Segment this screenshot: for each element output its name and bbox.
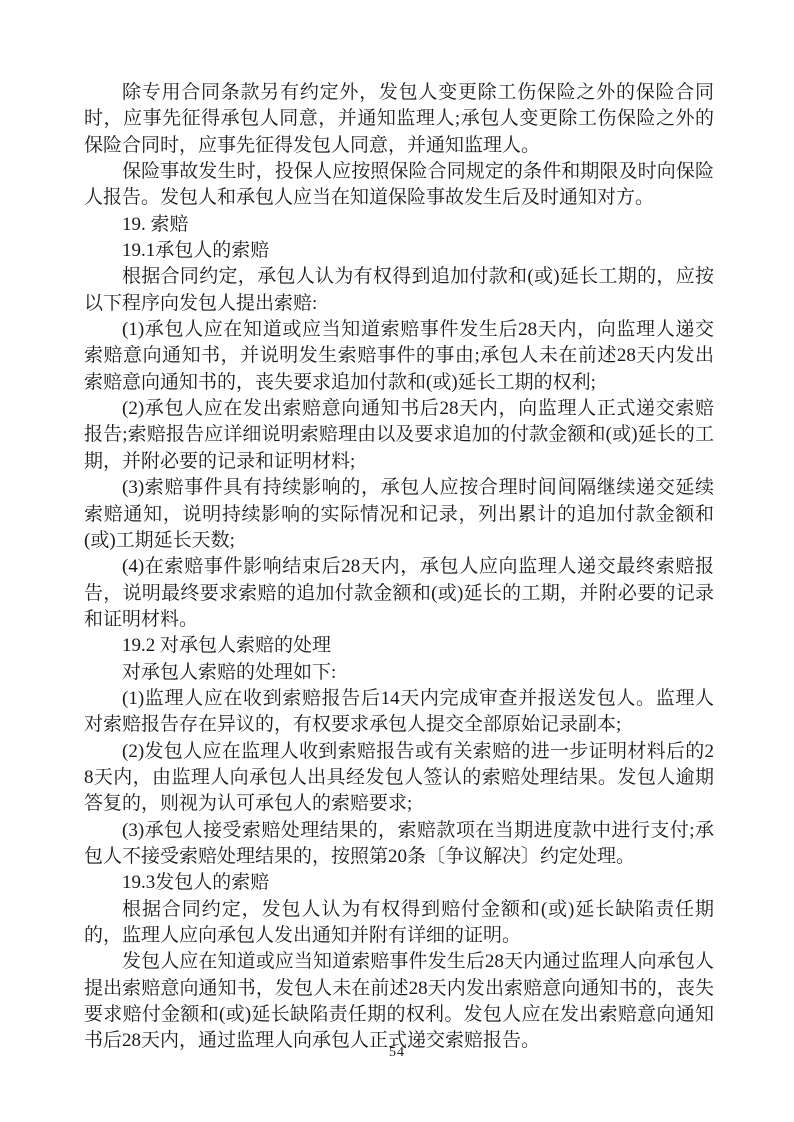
paragraph-19-2-intro: 对承包人索赔的处理如下: [84, 660, 714, 686]
paragraph-19-1-item-2: (2)承包人应在发出索赔意向通知书后28天内，向监理人正式递交索赔报告;索赔报告… [84, 396, 714, 475]
clause-heading-19-3: 19.3发包人的索赔 [84, 870, 714, 896]
page-number: 54 [389, 1045, 405, 1060]
document-page: 除专用合同条款另有约定外，发包人变更除工伤保险之外的保险合同时，应事先征得承包人… [0, 0, 794, 1122]
paragraph-19-1-intro: 根据合同约定，承包人认为有权得到追加付款和(或)延长工期的，应按以下程序向发包人… [84, 264, 714, 317]
clause-heading-19-1: 19.1承包人的索赔 [84, 238, 714, 264]
paragraph-19-3-intro: 根据合同约定，发包人认为有权得到赔付金额和(或)延长缺陷责任期的，监理人应向承包… [84, 897, 714, 950]
paragraph-19-3-procedure: 发包人应在知道或应当知道索赔事件发生后28天内通过监理人向承包人提出索赔意向通知… [84, 949, 714, 1054]
paragraph-19-1-item-4: (4)在索赔事件影响结束后28天内，承包人应向监理人递交最终索赔报告，说明最终要… [84, 554, 714, 633]
clause-heading-19: 19. 索赔 [84, 212, 714, 238]
paragraph-19-2-item-1: (1)监理人应在收到索赔报告后14天内完成审查并报送发包人。监理人对索赔报告存在… [84, 686, 714, 739]
document-body: 除专用合同条款另有约定外，发包人变更除工伤保险之外的保险合同时，应事先征得承包人… [84, 80, 714, 1055]
clause-heading-19-2: 19.2 对承包人索赔的处理 [84, 633, 714, 659]
paragraph-19-2-item-3: (3)承包人接受索赔处理结果的，索赔款项在当期进度款中进行支付;承包人不接受索赔… [84, 818, 714, 871]
paragraph-19-2-item-2: (2)发包人应在监理人收到索赔报告或有关索赔的进一步证明材料后的28天内，由监理… [84, 739, 714, 818]
page-footer: 54 [0, 1043, 794, 1061]
paragraph-19-1-item-3: (3)索赔事件具有持续影响的，承包人应按合理时间间隔继续递交延续索赔通知，说明持… [84, 475, 714, 554]
paragraph-insurance-event: 保险事故发生时，投保人应按照保险合同规定的条件和期限及时向保险人报告。发包人和承… [84, 159, 714, 212]
paragraph-insurance-change: 除专用合同条款另有约定外，发包人变更除工伤保险之外的保险合同时，应事先征得承包人… [84, 80, 714, 159]
paragraph-19-1-item-1: (1)承包人应在知道或应当知道索赔事件发生后28天内，向监理人递交索赔意向通知书… [84, 317, 714, 396]
